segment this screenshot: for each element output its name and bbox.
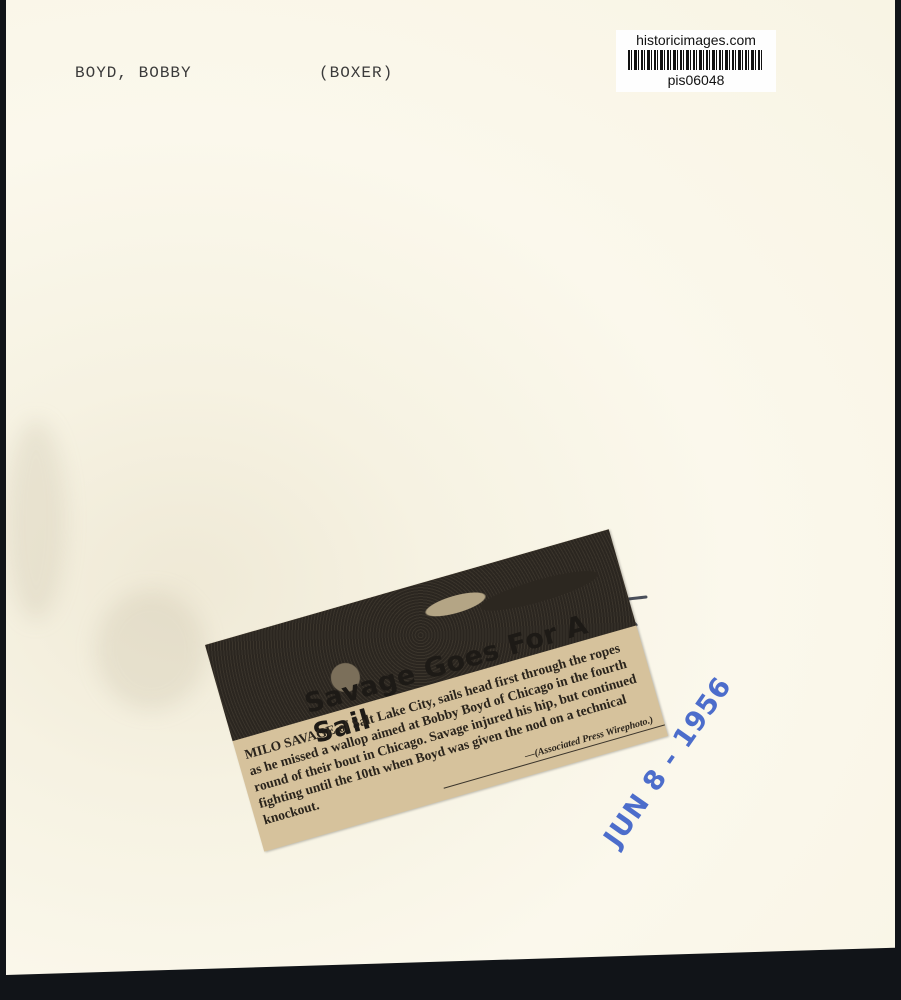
archive-sticker: historicimages.com pis06048 <box>616 30 776 92</box>
subject-name: BOYD, BOBBY <box>75 64 192 82</box>
photo-back-paper: BOYD, BOBBY (BOXER) historicimages.com p… <box>6 0 895 975</box>
stain <box>96 590 206 710</box>
subject-category: (BOXER) <box>319 64 393 82</box>
stain <box>6 420 66 620</box>
sticker-site: historicimages.com <box>616 32 776 48</box>
sticker-code: pis06048 <box>616 72 776 88</box>
barcode-icon <box>628 50 764 70</box>
